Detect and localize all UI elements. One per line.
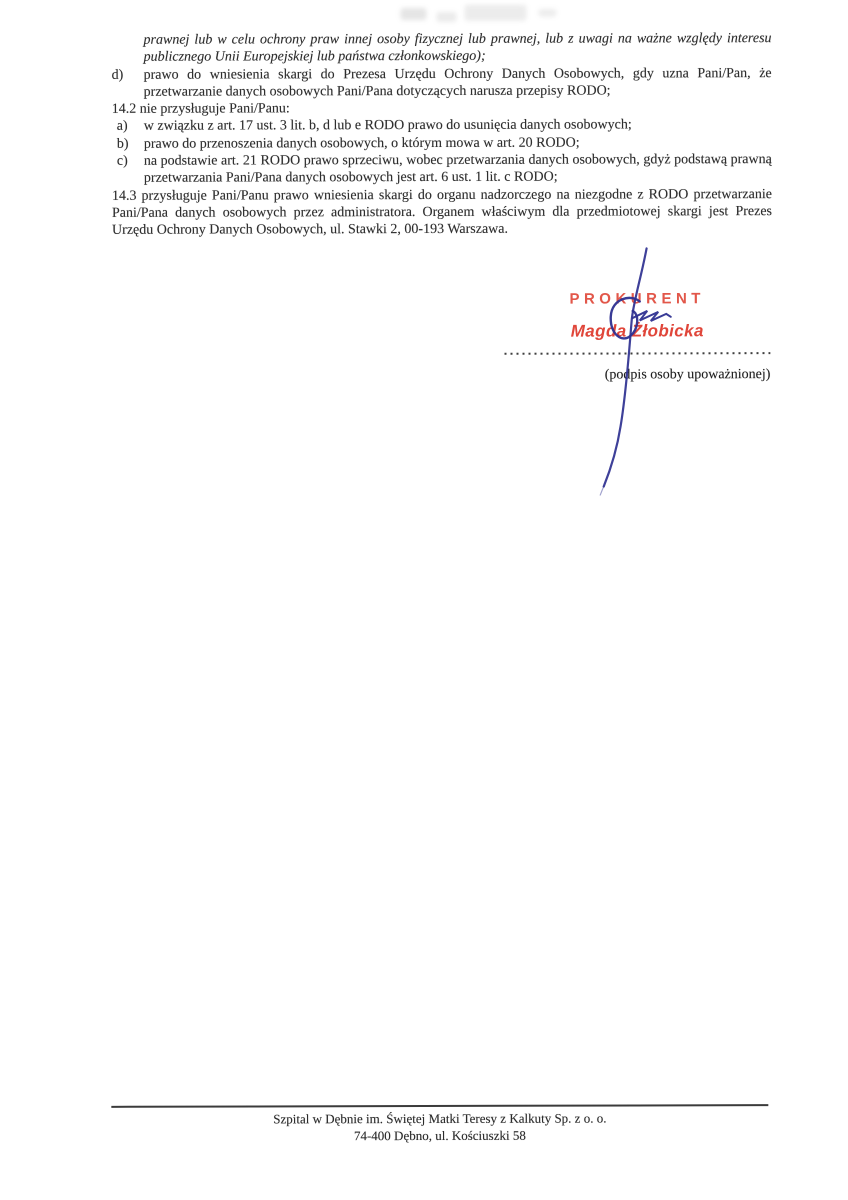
section-14-2-heading: 14.2 nie przysługuje Pani/Panu: <box>112 99 772 118</box>
item-marker: b) <box>112 136 144 153</box>
signature-dotted-line <box>504 352 770 355</box>
document-footer: Szpital w Dębnie im. Świętej Matki Teres… <box>111 1104 768 1145</box>
footer-rule <box>111 1104 768 1108</box>
item-marker: a) <box>112 118 144 135</box>
signature-caption: (podpis osoby upoważnionej) <box>504 367 770 384</box>
item-text: prawo do wniesienia skargi do Prezesa Ur… <box>144 65 772 101</box>
footer-org-address: 74-400 Dębno, ul. Kościuszki 58 <box>111 1127 768 1145</box>
scan-artifact <box>400 8 426 20</box>
list-item-b: b) prawo do przenoszenia danych osobowyc… <box>112 134 772 153</box>
scan-artifact <box>538 9 556 17</box>
signature-block: PROKURENT Magda Żłobicka (podpis osoby u… <box>504 290 770 384</box>
signatory-name: Magda Żłobicka <box>504 321 770 342</box>
item-marker: c) <box>112 153 144 188</box>
item-text: w związku z art. 17 ust. 3 lit. b, d lub… <box>144 117 772 136</box>
section-14-3-paragraph: 14.3 przysługuje Pani/Panu prawo wniesie… <box>112 186 772 240</box>
scan-artifact <box>464 5 526 21</box>
list-item-d: d) prawo do wniesienia skargi do Prezesa… <box>112 65 772 101</box>
carryover-paragraph: prawnej lub w celu ochrony praw innej os… <box>144 30 772 66</box>
document-page: prawnej lub w celu ochrony praw innej os… <box>0 0 848 1200</box>
scanned-sheet: prawnej lub w celu ochrony praw innej os… <box>0 0 848 1200</box>
list-item-c: c) na podstawie art. 21 RODO prawo sprze… <box>112 151 772 187</box>
document-body: prawnej lub w celu ochrony praw innej os… <box>112 30 773 239</box>
item-text: prawo do przenoszenia danych osobowych, … <box>144 134 772 153</box>
list-item-a: a) w związku z art. 17 ust. 3 lit. b, d … <box>112 117 772 136</box>
footer-org-name: Szpital w Dębnie im. Świętej Matki Teres… <box>111 1110 768 1128</box>
item-text: na podstawie art. 21 RODO prawo sprzeciw… <box>144 151 772 187</box>
item-marker: d) <box>112 66 144 101</box>
scan-artifact <box>436 12 456 22</box>
signatory-role: PROKURENT <box>504 290 770 308</box>
